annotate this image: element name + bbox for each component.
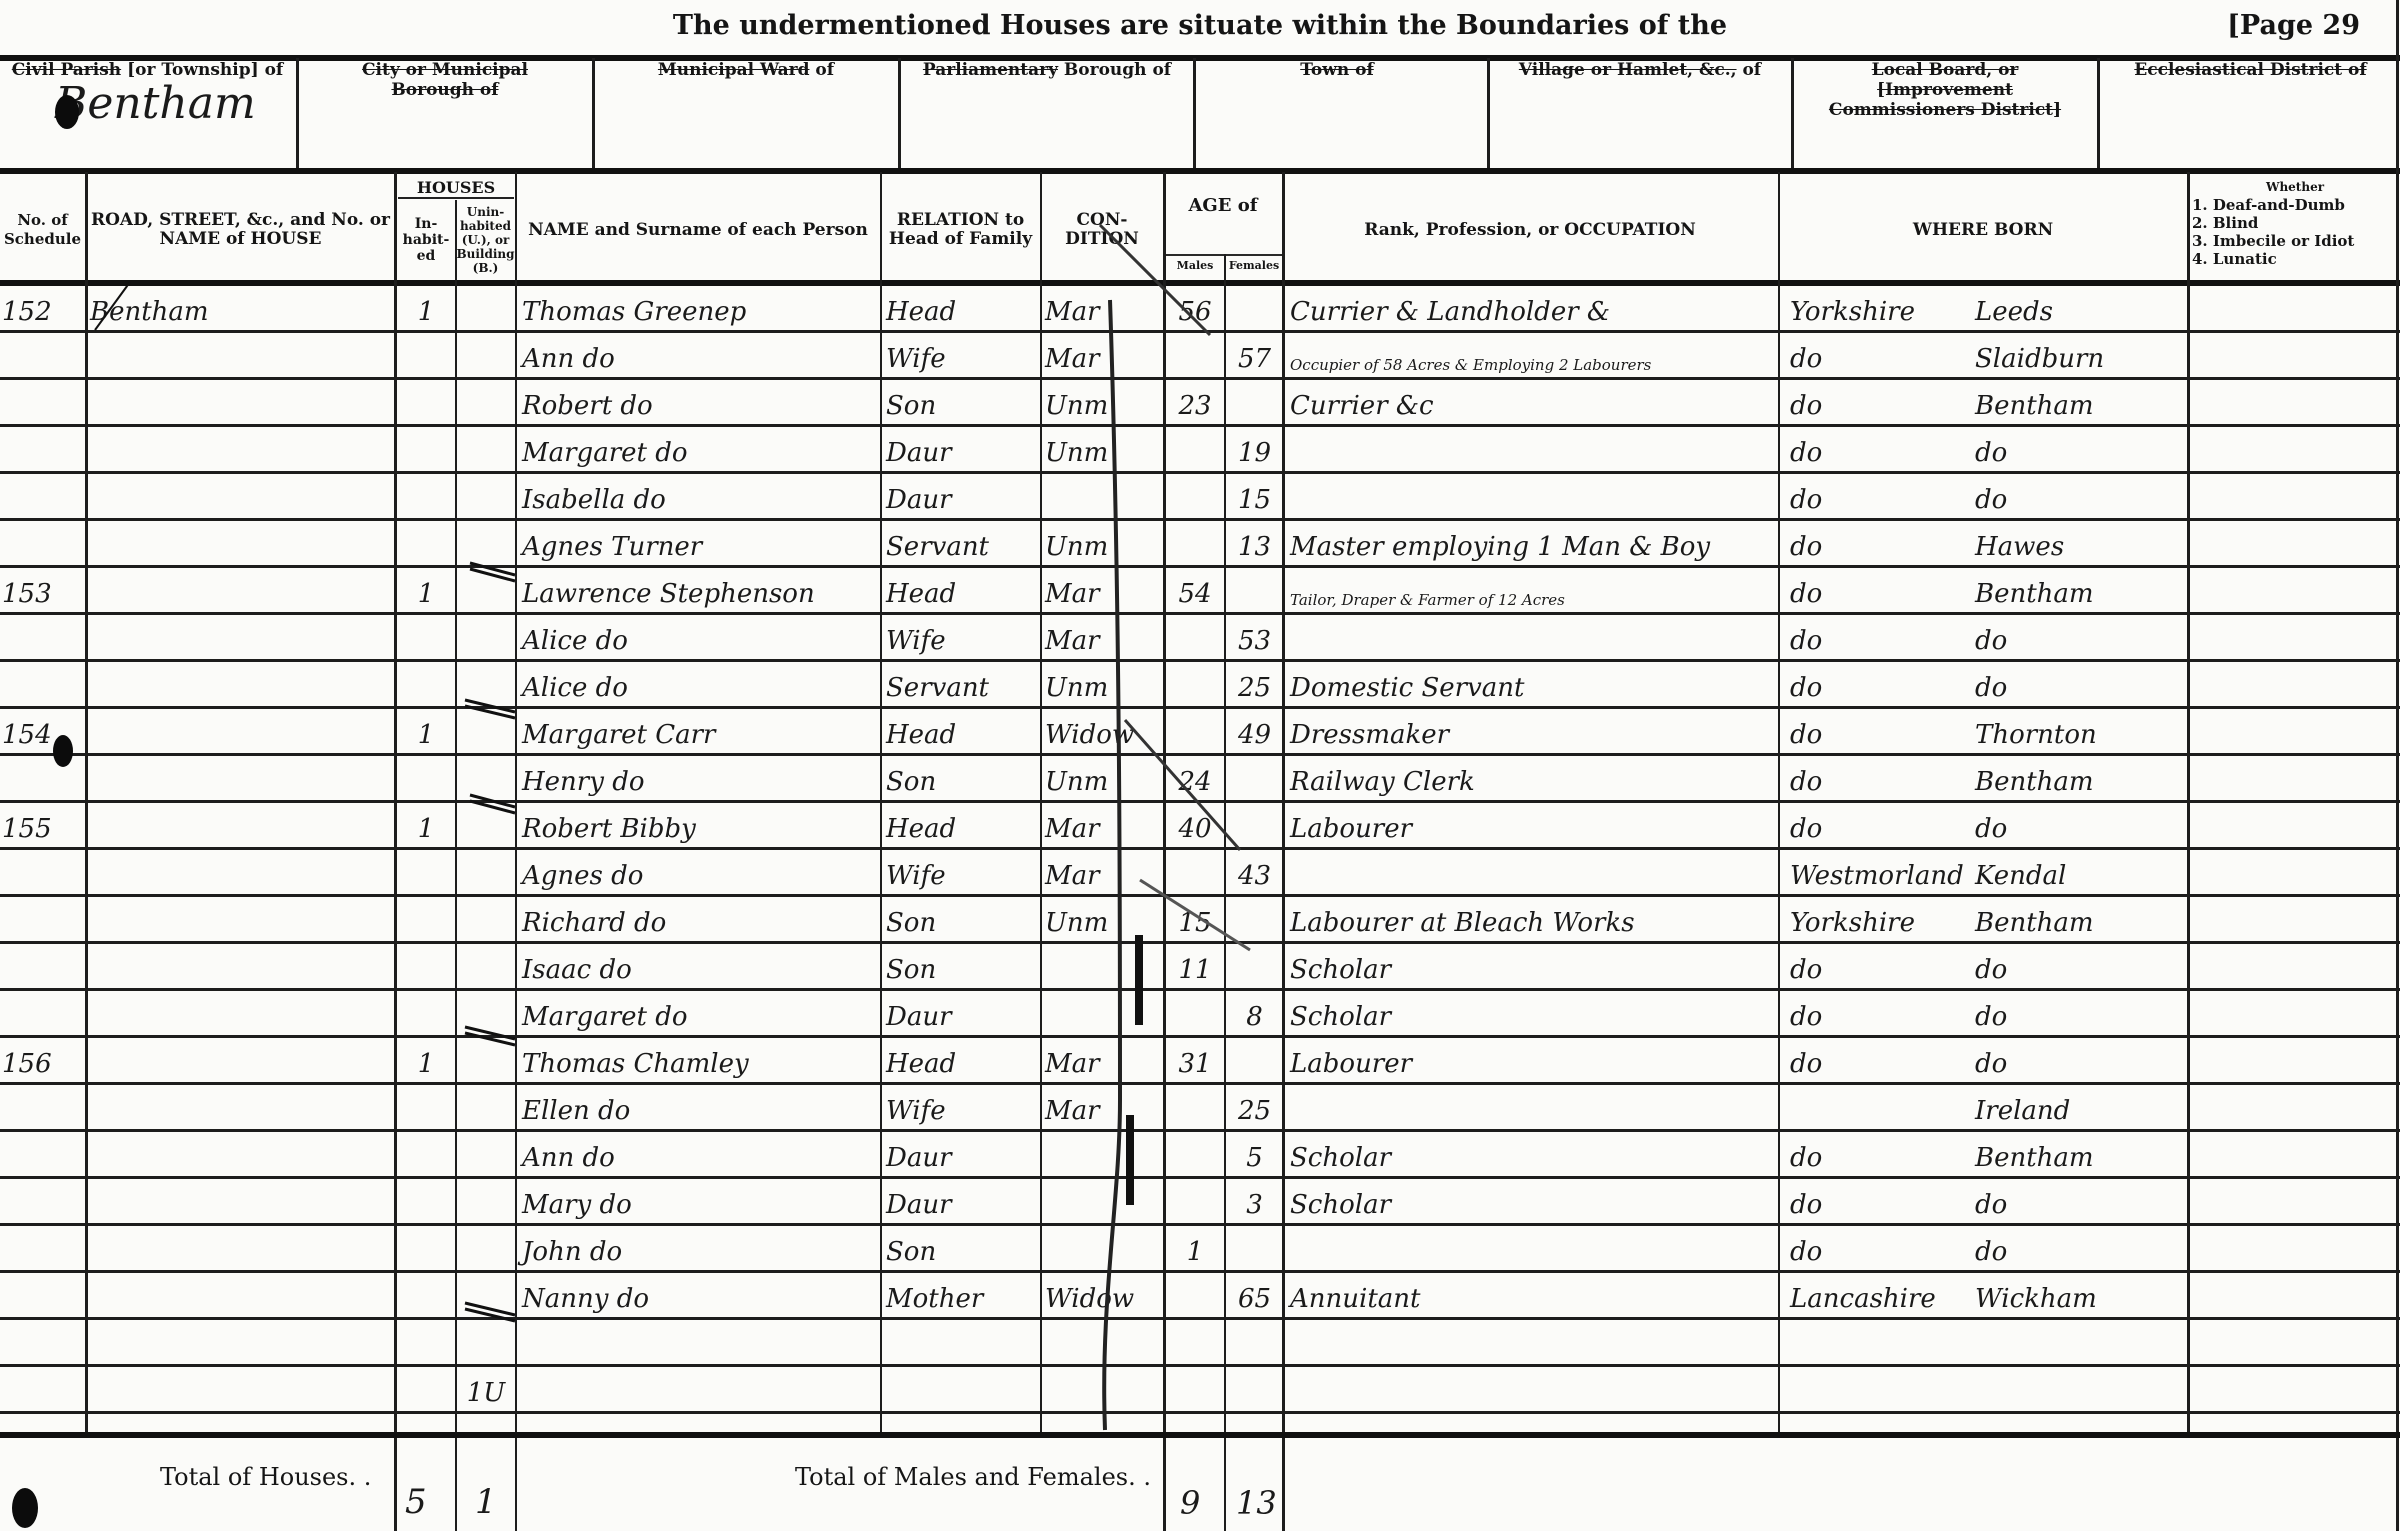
pencil-marks — [0, 0, 2400, 1531]
census-page: The undermentioned Houses are situate wi… — [0, 0, 2400, 1531]
